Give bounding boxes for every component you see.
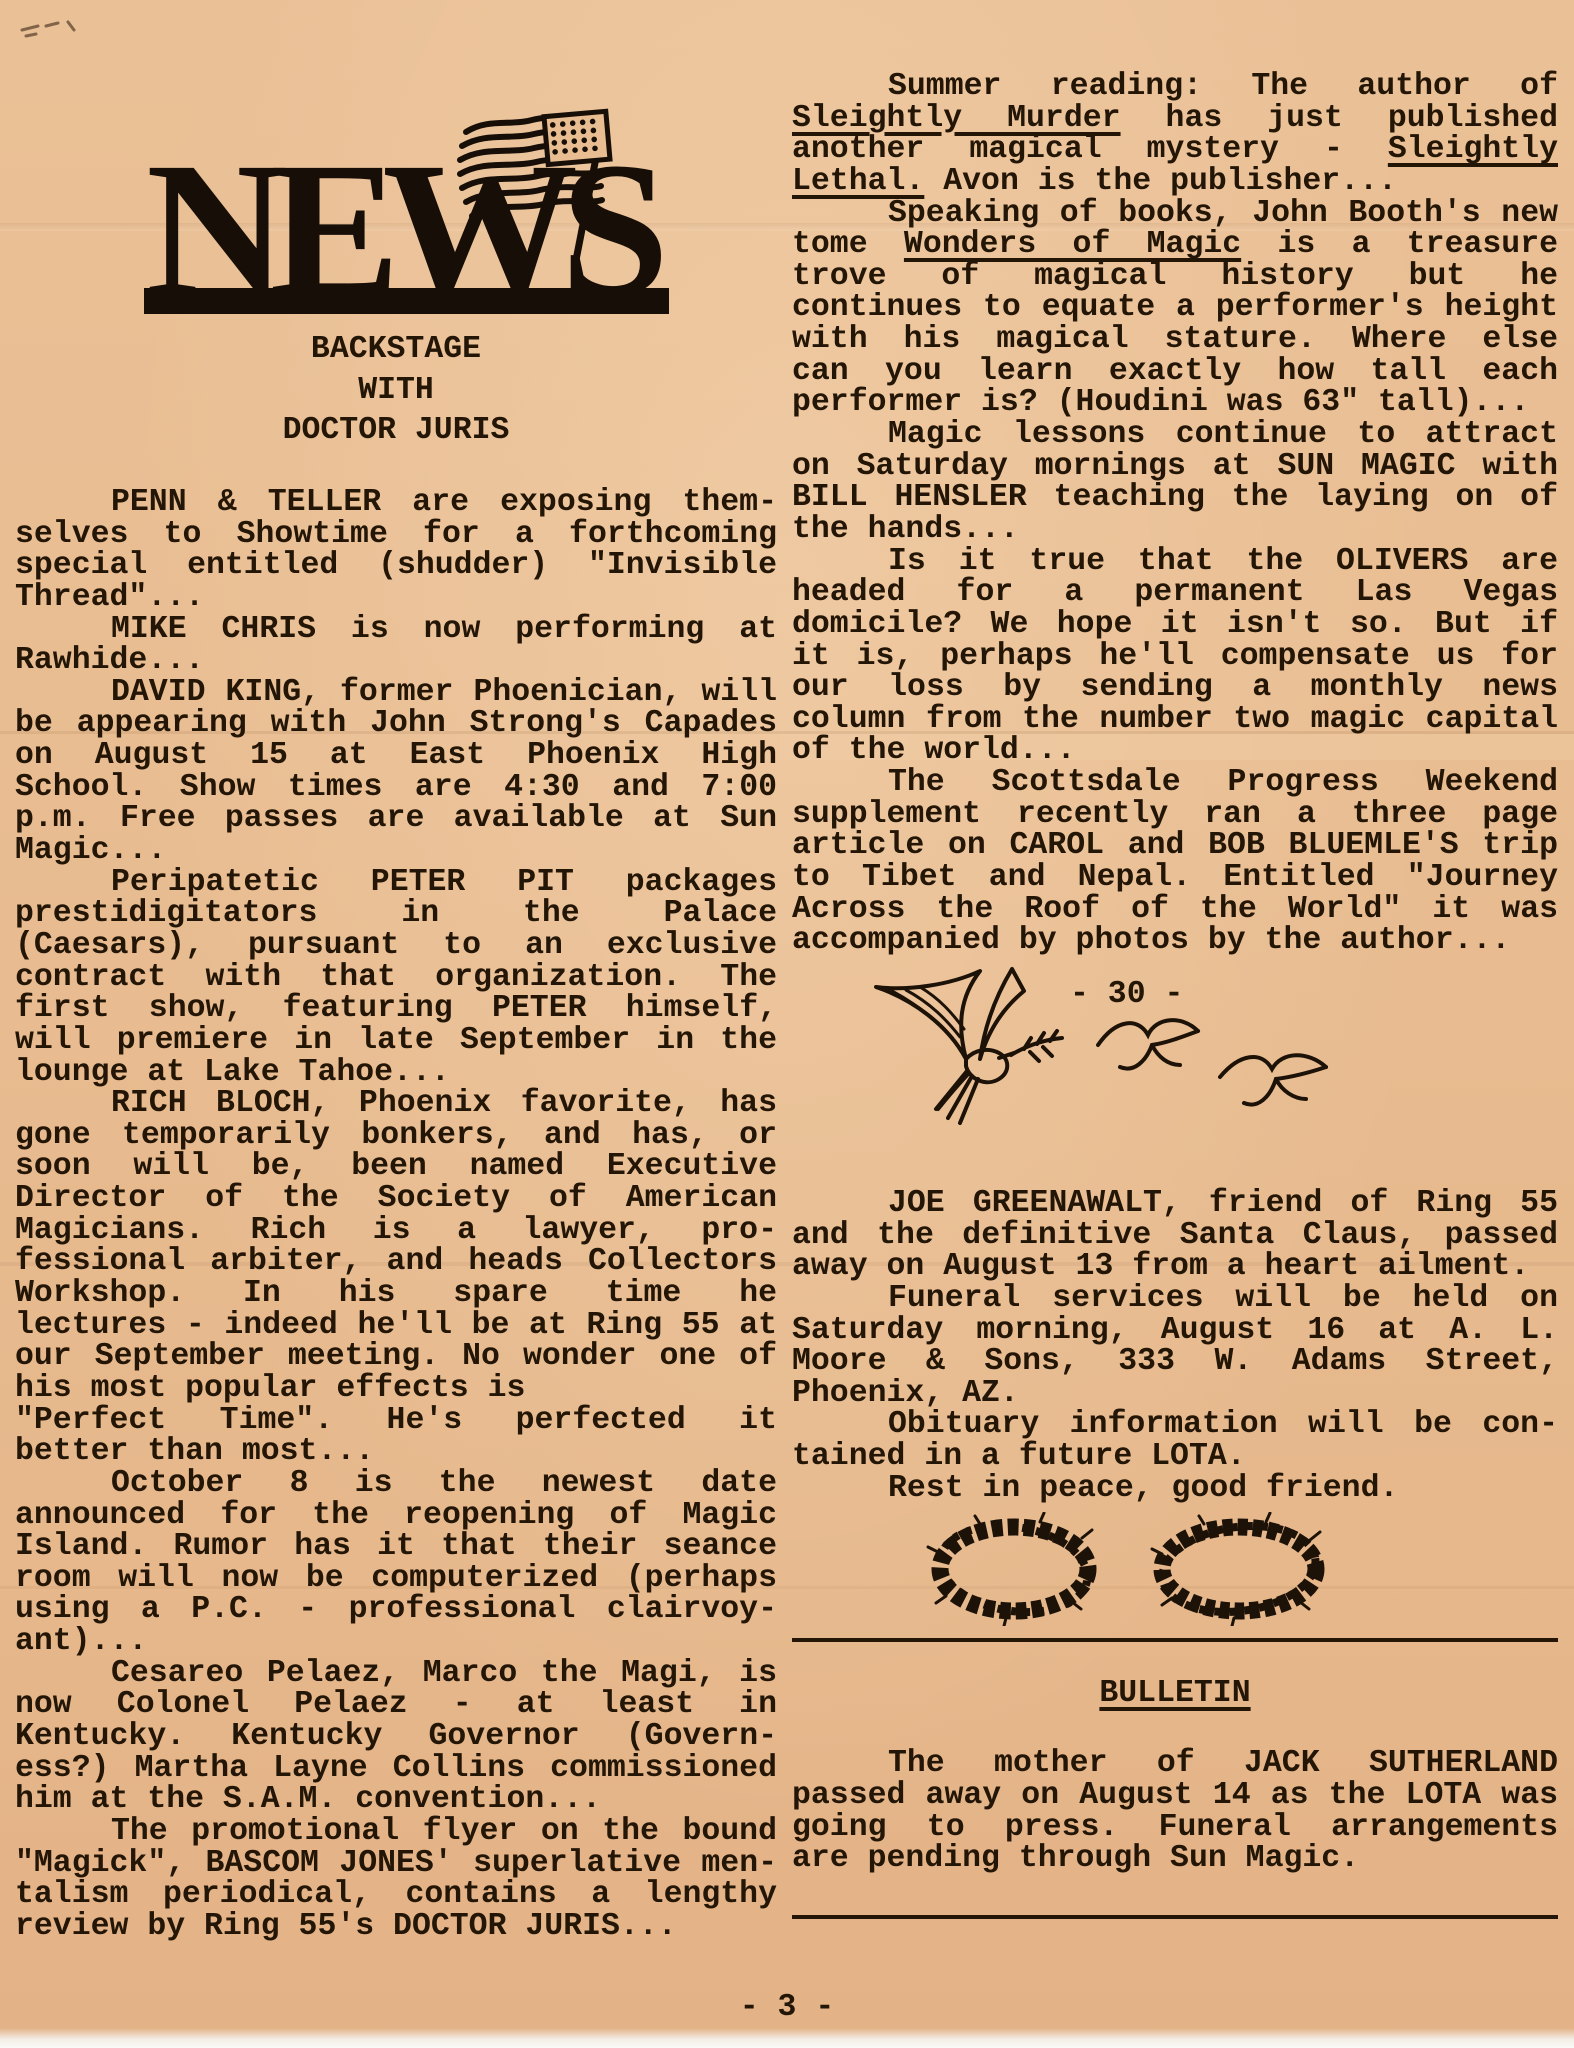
text-line: contract with that organization. The: [15, 962, 777, 994]
paragraph: Cesareo Pelaez, Marco the Magi, isnow Co…: [15, 1658, 777, 1816]
text-line: JOE GREENAWALT, friend of Ring 55: [792, 1188, 1558, 1220]
text-line: going to press. Funeral arrangements: [792, 1812, 1558, 1844]
text-line: it is, perhaps he'll compensate us for: [792, 641, 1558, 673]
thorn-wreath-icon: [1144, 1512, 1334, 1626]
underlined-text: Wonders of Magic: [904, 227, 1241, 262]
text-line: Funeral services will be held on: [792, 1283, 1558, 1315]
obituary-section: JOE GREENAWALT, friend of Ring 55and the…: [792, 1188, 1558, 1504]
text-line: ess?) Martha Layne Collins commissioned: [15, 1753, 777, 1785]
text-line: "Perfect Time". He's perfected it: [15, 1405, 777, 1437]
text-line: headed for a permanent Las Vegas: [792, 577, 1558, 609]
text-line: Workshop. In his spare time he: [15, 1278, 777, 1310]
small-dove-icon: [1212, 1043, 1342, 1129]
paragraph: Speaking of books, John Booth's newtome …: [792, 198, 1558, 419]
text-line: Lethal. Avon is the publisher...: [792, 166, 1558, 198]
text-line: passed away on August 14 as the LOTA was: [792, 1780, 1558, 1812]
text-line: special entitled (shudder) "Invisible: [15, 550, 777, 582]
paragraph: Obituary information will be con-tained …: [792, 1409, 1558, 1472]
text-line: can you learn exactly how tall each: [792, 356, 1558, 388]
text-line: away on August 13 from a heart ailment.: [792, 1251, 1558, 1283]
text-line: trove of magical history but he: [792, 261, 1558, 293]
paragraph: JOE GREENAWALT, friend of Ring 55and the…: [792, 1188, 1558, 1283]
text-line: Speaking of books, John Booth's new: [792, 198, 1558, 230]
paragraph: Peripatetic PETER PIT packagesprestidigi…: [15, 867, 777, 1088]
heading-line: DOCTOR JURIS: [15, 411, 777, 452]
text-line: lectures - indeed he'll be at Ring 55 at: [15, 1310, 777, 1342]
logo-underline-bar: [144, 288, 669, 314]
paragraph: The mother of JACK SUTHERLANDpassed away…: [792, 1748, 1558, 1875]
pen-scribble: [18, 14, 114, 44]
text-line: Kentucky. Kentucky Governor (Govern-: [15, 1721, 777, 1753]
text-segment: another magical mystery -: [792, 132, 1388, 167]
text-line: Rest in peace, good friend.: [792, 1473, 1558, 1505]
underlined-text: Sleightly: [1388, 132, 1558, 167]
heading-line: BACKSTAGE: [15, 330, 777, 371]
paragraph: Summer reading: The author ofSleightly M…: [792, 71, 1558, 198]
bulletin-paragraph: The mother of JACK SUTHERLANDpassed away…: [792, 1748, 1558, 1875]
text-line: room will now be computerized (perhaps: [15, 1563, 777, 1595]
text-line: are pending through Sun Magic.: [792, 1843, 1558, 1875]
text-line: on Saturday mornings at SUN MAGIC with: [792, 451, 1558, 483]
text-line: continues to equate a performer's height: [792, 292, 1558, 324]
text-segment: Avon is the publisher...: [924, 164, 1397, 199]
text-line: Director of the Society of American: [15, 1183, 777, 1215]
text-line: October 8 is the newest date: [15, 1468, 777, 1500]
paragraph: RICH BLOCH, Phoenix favorite, hasgone te…: [15, 1088, 777, 1468]
small-dove-icon: [1090, 1009, 1212, 1093]
scan-edge: [0, 2028, 1574, 2048]
text-line: "Magick", BASCOM JONES' superlative men-: [15, 1848, 777, 1880]
text-line: p.m. Free passes are available at Sun: [15, 803, 777, 835]
text-line: Magic...: [15, 835, 777, 867]
text-line: review by Ring 55's DOCTOR JURIS...: [15, 1911, 777, 1943]
paragraph: The Scottsdale Progress Weekendsupplemen…: [792, 767, 1558, 957]
text-line: talism periodical, contains a lengthy: [15, 1879, 777, 1911]
text-line: performer is? (Houdini was 63" tall)...: [792, 387, 1558, 419]
text-line: Rawhide...: [15, 645, 777, 677]
text-line: to Tibet and Nepal. Entitled "Journey: [792, 862, 1558, 894]
text-line: and the definitive Santa Claus, passed: [792, 1220, 1558, 1252]
text-line: domicile? We hope it isn't so. But if: [792, 609, 1558, 641]
underlined-text: Sleightly Murder: [792, 101, 1121, 136]
text-line: Moore & Sons, 333 W. Adams Street,: [792, 1346, 1558, 1378]
text-line: him at the S.A.M. convention...: [15, 1784, 777, 1816]
text-segment: tome: [792, 227, 904, 262]
paragraph: PENN & TELLER are exposing them-selves t…: [15, 487, 777, 614]
text-line: School. Show times are 4:30 and 7:00: [15, 772, 777, 804]
text-line: another magical mystery - Sleightly: [792, 134, 1558, 166]
text-line: ant)...: [15, 1626, 777, 1658]
bulletin-heading: BULLETIN: [792, 1676, 1558, 1712]
text-line: our loss by sending a monthly news: [792, 672, 1558, 704]
text-line: using a P.C. - professional clairvoy-: [15, 1594, 777, 1626]
text-line: RICH BLOCH, Phoenix favorite, has: [15, 1088, 777, 1120]
paragraph: Rest in peace, good friend.: [792, 1473, 1558, 1505]
text-line: fessional arbiter, and heads Collectors: [15, 1246, 777, 1278]
text-line: DAVID KING, former Phoenician, will: [15, 677, 777, 709]
text-line: Island. Rumor has it that their seance: [15, 1531, 777, 1563]
underlined-text: Lethal.: [792, 164, 924, 199]
text-line: Across the Roof of the World" it was: [792, 894, 1558, 926]
text-line: soon will be, been named Executive: [15, 1151, 777, 1183]
text-line: lounge at Lake Tahoe...: [15, 1057, 777, 1089]
text-line: Saturday morning, August 16 at A. L.: [792, 1315, 1558, 1347]
heading-line: WITH: [15, 371, 777, 412]
text-line: (Caesars), pursuant to an exclusive: [15, 930, 777, 962]
text-line: The Scottsdale Progress Weekend: [792, 767, 1558, 799]
text-segment: is a treasure: [1241, 227, 1558, 262]
text-line: announced for the reopening of Magic: [15, 1500, 777, 1532]
left-column: PENN & TELLER are exposing them-selves t…: [15, 487, 777, 1942]
text-line: first show, featuring PETER himself,: [15, 993, 777, 1025]
text-line: Cesareo Pelaez, Marco the Magi, is: [15, 1658, 777, 1690]
text-line: better than most...: [15, 1436, 777, 1468]
text-line: Sleightly Murder has just published: [792, 103, 1558, 135]
paragraph: Magic lessons continue to attracton Satu…: [792, 419, 1558, 546]
text-line: MIKE CHRIS is now performing at: [15, 614, 777, 646]
wreaths-illustration: [792, 1512, 1558, 1624]
text-line: gone temporarily bonkers, and has, or: [15, 1120, 777, 1152]
text-segment: has just published: [1121, 101, 1558, 136]
text-line: PENN & TELLER are exposing them-: [15, 487, 777, 519]
right-column-top: Summer reading: The author ofSleightly M…: [792, 71, 1558, 957]
text-line: The promotional flyer on the bound: [15, 1816, 777, 1848]
text-line: Peripatetic PETER PIT packages: [15, 867, 777, 899]
text-line: be appearing with John Strong's Capades: [15, 708, 777, 740]
page-number: - 3 -: [0, 1990, 1574, 2025]
text-line: article on CAROL and BOB BLUEMLE'S trip: [792, 830, 1558, 862]
dove-with-branch-icon: [860, 963, 1078, 1148]
section-divider: [792, 1915, 1558, 1919]
text-line: the hands...: [792, 514, 1558, 546]
newsletter-page: { "page": { "paper_color": "#e9bd92", "i…: [0, 0, 1574, 2048]
text-line: selves to Showtime for a forthcoming: [15, 519, 777, 551]
paragraph: The promotional flyer on the bound"Magic…: [15, 1816, 777, 1943]
text-line: The mother of JACK SUTHERLAND: [792, 1748, 1558, 1780]
text-line: Magic lessons continue to attract: [792, 419, 1558, 451]
end-mark: - 30 -: [1070, 977, 1183, 1012]
doves-illustration: - 30 -: [792, 963, 1558, 1148]
text-line: Thread"...: [15, 582, 777, 614]
text-line: tome Wonders of Magic is a treasure: [792, 229, 1558, 261]
text-line: Summer reading: The author of: [792, 71, 1558, 103]
text-line: supplement recently ran a three page: [792, 799, 1558, 831]
paragraph: DAVID KING, former Phoenician, willbe ap…: [15, 677, 777, 867]
text-line: will premiere in late September in the: [15, 1025, 777, 1057]
text-line: Magicians. Rich is a lawyer, pro-: [15, 1215, 777, 1247]
bulletin-heading-text: BULLETIN: [1099, 1676, 1250, 1711]
text-line: of the world...: [792, 735, 1558, 767]
text-line: column from the number two magic capital: [792, 704, 1558, 736]
text-line: tained in a future LOTA.: [792, 1441, 1558, 1473]
text-line: Obituary information will be con-: [792, 1409, 1558, 1441]
paragraph: Is it true that the OLIVERS areheaded fo…: [792, 546, 1558, 767]
backstage-heading: BACKSTAGEWITHDOCTOR JURIS: [15, 330, 777, 452]
paragraph: Funeral services will be held onSaturday…: [792, 1283, 1558, 1410]
text-line: accompanied by photos by the author...: [792, 925, 1558, 957]
news-masthead: NEWS: [144, 112, 672, 314]
text-line: now Colonel Pelaez - at least in: [15, 1689, 777, 1721]
text-line: BILL HENSLER teaching the laying on of: [792, 482, 1558, 514]
text-line: his most popular effects is: [15, 1373, 777, 1405]
text-line: Is it true that the OLIVERS are: [792, 546, 1558, 578]
text-line: on August 15 at East Phoenix High: [15, 740, 777, 772]
right-column: Summer reading: The author ofSleightly M…: [792, 71, 1558, 1919]
text-line: prestidigitators in the Palace: [15, 898, 777, 930]
paragraph: October 8 is the newest dateannounced fo…: [15, 1468, 777, 1658]
text-line: with his magical stature. Where else: [792, 324, 1558, 356]
paragraph: MIKE CHRIS is now performing atRawhide..…: [15, 614, 777, 677]
section-divider: [792, 1638, 1558, 1642]
thorn-wreath-icon: [922, 1512, 1106, 1626]
text-line: Phoenix, AZ.: [792, 1378, 1558, 1410]
text-line: our September meeting. No wonder one of: [15, 1341, 777, 1373]
